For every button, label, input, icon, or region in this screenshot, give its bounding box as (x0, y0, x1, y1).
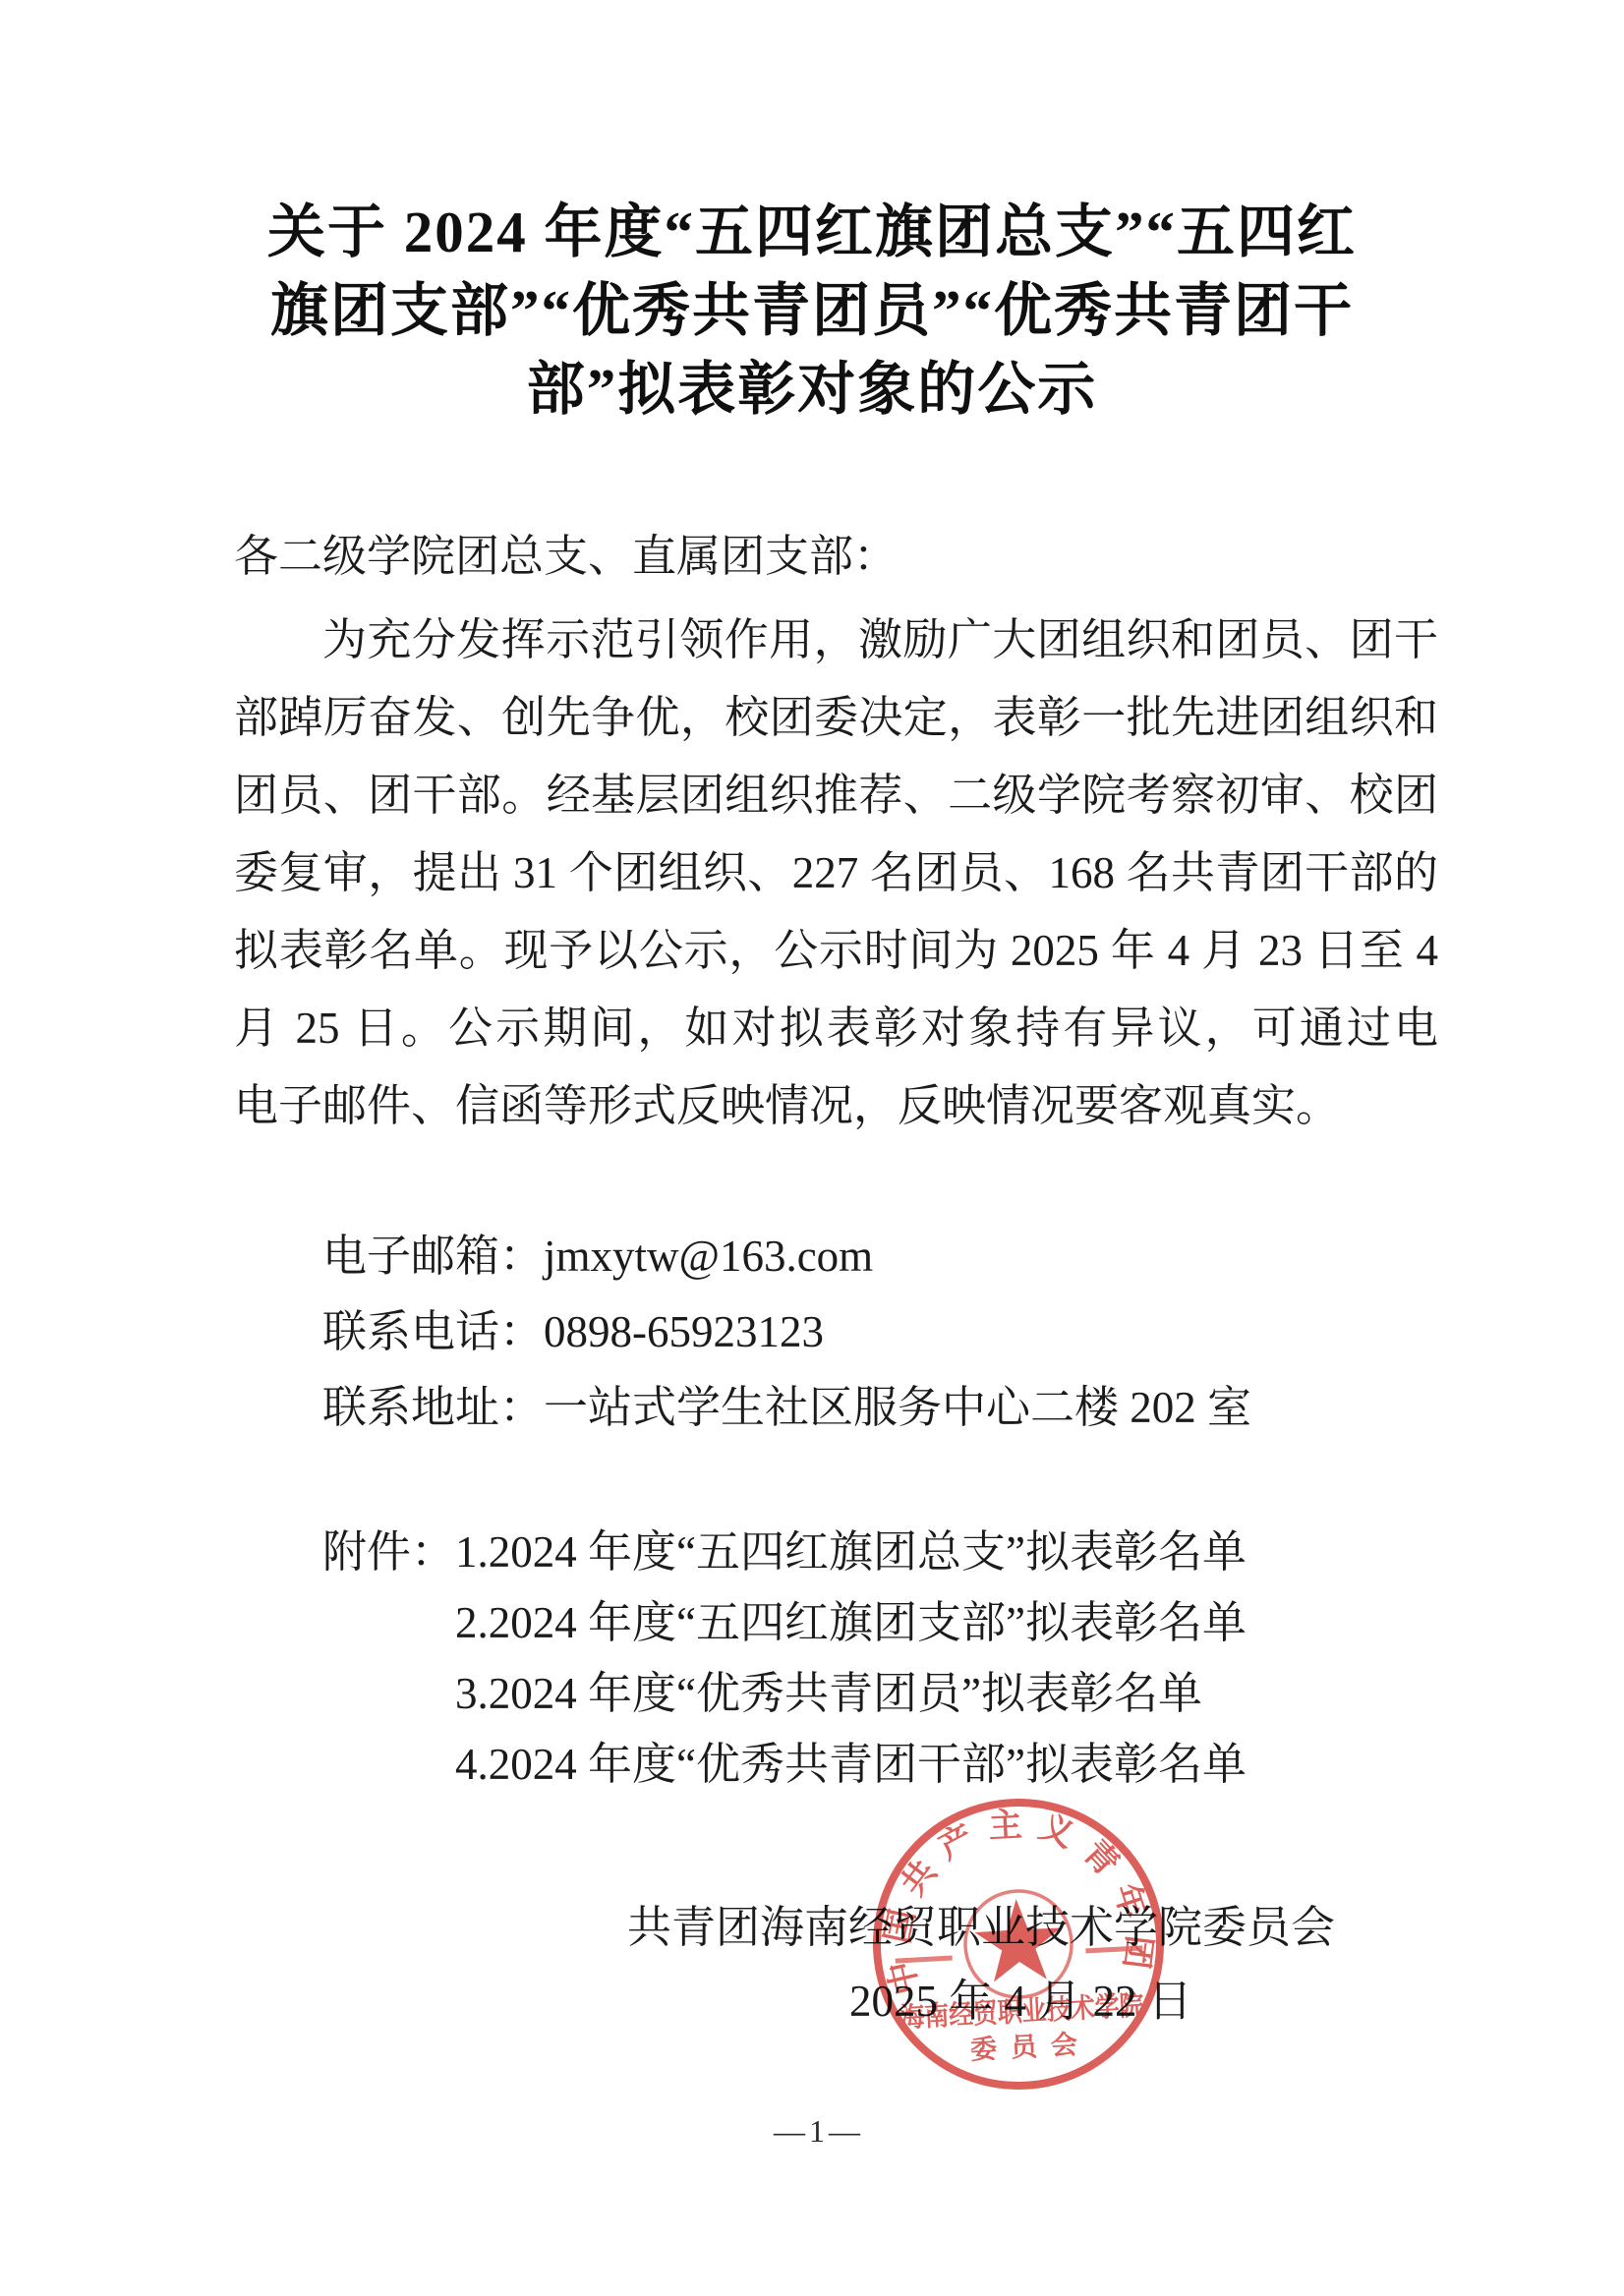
attachment-item-text: 1.2024 年度“五四红旗团总支”拟表彰名单 (455, 1527, 1247, 1577)
contact-address: 联系地址：一站式学生社区服务中心二楼 202 室 (322, 1370, 1251, 1446)
attachment-item-2: 2.2024 年度“五四红旗团支部”拟表彰名单 (455, 1587, 1247, 1658)
paragraph-line: 委复审，提出 31 个团组织、227 名团员、168 名共青团干部的 (234, 834, 1438, 912)
attachment-item-3: 3.2024 年度“优秀共青团员”拟表彰名单 (455, 1658, 1247, 1729)
seal-arc-text: 中国共产主义青年团 (872, 1800, 1161, 1999)
body-paragraph: 为充分发挥示范引领作用，激励广大团组织和团员、团干 部踔厉奋发、创先争优，校团委… (234, 602, 1438, 1145)
attachment-list: 附件：1.2024 年度“五四红旗团总支”拟表彰名单 2.2024 年度“五四红… (322, 1517, 1247, 1800)
official-seal: 中国共产主义青年团 海南经贸职业技术学院 委员会 (857, 1783, 1180, 2105)
paragraph-line: 部踔厉奋发、创先争优，校团委决定，表彰一批先进团组织和 (234, 679, 1438, 757)
title-line-2: 旗团支部”“优秀共青团员”“优秀共青团干 (173, 271, 1451, 350)
paragraph-line: 月 25 日。公示期间，如对拟表彰对象持有异议，可通过电话、 (234, 990, 1438, 1067)
paragraph-line: 电子邮件、信函等形式反映情况，反映情况要客观真实。 (234, 1067, 1438, 1145)
paragraph-line: 为充分发挥示范引领作用，激励广大团组织和团员、团干 (234, 602, 1438, 679)
attachment-label: 附件： (322, 1527, 455, 1577)
paragraph-line: 团员、团干部。经基层团组织推荐、二级学院考察初审、校团 (234, 757, 1438, 834)
page-number: —1— (721, 2113, 917, 2150)
title-line-1: 关于 2024 年度“五四红旗团总支”“五四红 (173, 193, 1451, 271)
seal-star-icon (973, 1897, 1064, 1983)
title-line-3: 部”拟表彰对象的公示 (173, 350, 1451, 429)
contact-block: 电子邮箱：jmxytw@163.com 联系电话：0898-65923123 联… (322, 1219, 1251, 1446)
attachment-item-1: 附件：1.2024 年度“五四红旗团总支”拟表彰名单 (322, 1517, 1247, 1587)
salutation: 各二级学院团总支、直属团支部： (234, 532, 898, 581)
document-title: 关于 2024 年度“五四红旗团总支”“五四红 旗团支部”“优秀共青团员”“优秀… (173, 193, 1451, 429)
paragraph-line: 拟表彰名单。现予以公示，公示时间为 2025 年 4 月 23 日至 4 (234, 912, 1438, 990)
seal-committee-text: 委员会 (969, 2029, 1091, 2064)
seal-org-text: 海南经贸职业技术学院 (899, 1989, 1144, 2034)
contact-email: 电子邮箱：jmxytw@163.com (322, 1219, 1251, 1294)
contact-phone: 联系电话：0898-65923123 (322, 1294, 1251, 1370)
document-page: 关于 2024 年度“五四红旗团总支”“五四红 旗团支部”“优秀共青团员”“优秀… (0, 0, 1624, 2296)
seal-arc-text-holder: 中国共产主义青年团 (872, 1800, 1161, 1999)
